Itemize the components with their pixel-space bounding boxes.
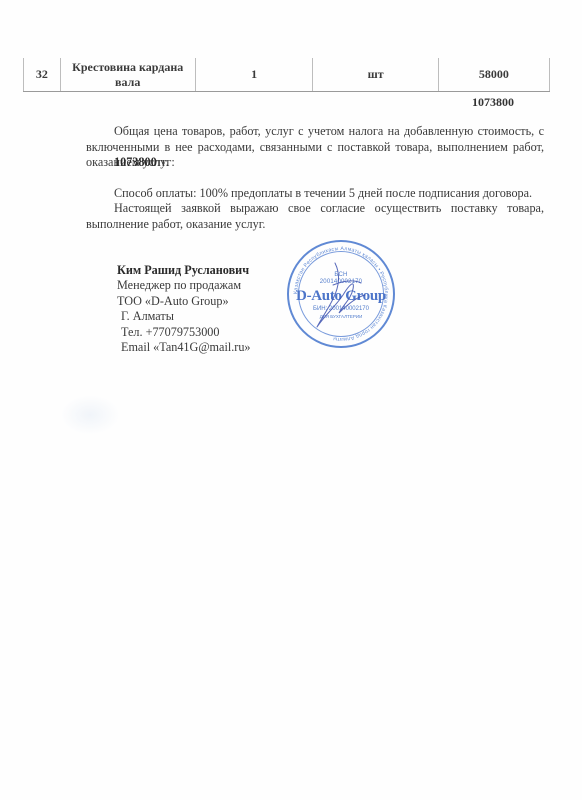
scan-smudge (60, 395, 120, 435)
item-name: Крестовина кардана вала (60, 58, 195, 92)
stamp-bin-label: БСН (289, 272, 393, 279)
total-currency: тг. (157, 155, 169, 169)
signer-city: Г. Алматы (117, 309, 251, 324)
stamp-bin-top: БСН 200140002170 (289, 272, 393, 286)
grand-total: 1073800 (472, 95, 514, 110)
item-quantity: 1 (195, 58, 313, 92)
signer-company: ТОО «D-Auto Group» (117, 294, 251, 309)
stamp-bin-number: 200140002170 (289, 279, 393, 286)
stamp-for-accounting: ДЛЯ БУХГАЛТЕРИИ (289, 314, 393, 319)
consent-text: Настоящей заявкой выражаю свое согласие … (86, 201, 544, 231)
stamp-bin-bottom: БИН: 200140002170 (289, 306, 393, 313)
document-page: 32 Крестовина кардана вала 1 шт 58000 10… (0, 0, 582, 800)
consent-paragraph: Настоящей заявкой выражаю свое согласие … (86, 201, 544, 232)
table-row: 32 Крестовина кардана вала 1 шт 58000 (24, 58, 550, 92)
signature-block: Ким Рашид Русланович Менеджер по продажа… (117, 263, 251, 355)
stamp-brand: D-Auto Group (289, 288, 393, 305)
row-number: 32 (24, 58, 61, 92)
payment-method-paragraph: Способ оплаты: 100% предоплаты в течении… (86, 186, 544, 202)
company-stamp: Қазақстан Республикасы Алматы қаласы • Р… (287, 240, 395, 348)
payment-method-text: Способ оплаты: 100% предоплаты в течении… (114, 186, 532, 200)
total-amount-line: 1073800тг. (114, 155, 169, 170)
signer-position: Менеджер по продажам (117, 278, 251, 293)
signer-name: Ким Рашид Русланович (117, 263, 251, 278)
item-unit: шт (313, 58, 438, 92)
signer-email: Email «Tan41G@mail.ru» (117, 340, 251, 355)
items-table: 32 Крестовина кардана вала 1 шт 58000 (23, 58, 550, 92)
total-amount: 1073800 (114, 155, 157, 169)
signer-phone: Тел. +77079753000 (117, 325, 251, 340)
item-price: 58000 (438, 58, 549, 92)
